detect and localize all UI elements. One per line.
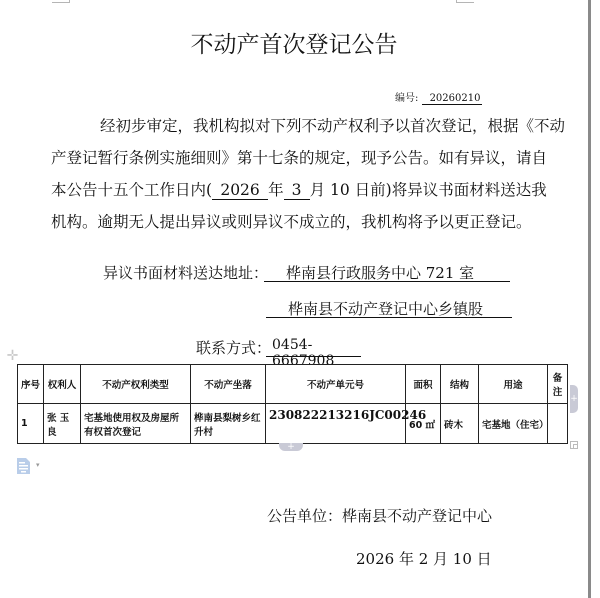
contact-label: 联系方式：: [196, 337, 271, 358]
cell-right-type[interactable]: 宅基地使用权及房屋所有权首次登记: [81, 404, 191, 444]
body-line-deadline: 本公告十五个工作日内(2026年3月 10 日前)将异议书面材料送达我: [51, 174, 530, 206]
header-unit-no: 不动产单元号: [266, 365, 406, 404]
cell-structure[interactable]: 砖木: [441, 404, 479, 444]
announcement-body: 经初步审定，我机构拟对下列不动产权利予以首次登记，根据《不动 产登记暂行条例实施…: [70, 110, 530, 238]
cell-holder[interactable]: 张 玉 良: [44, 404, 81, 444]
issuer: 公告单位：桦南县不动产登记中心: [267, 505, 492, 526]
header-right-type: 不动产权利类型: [81, 365, 191, 404]
add-row-button[interactable]: +: [279, 443, 303, 451]
cell-seq[interactable]: 1: [18, 404, 44, 444]
header-area: 面积: [406, 365, 441, 404]
document-number: 编号: 20260210: [395, 89, 482, 105]
page-right-edge: [588, 0, 600, 598]
body-line: 经初步审定，我机构拟对下列不动产权利予以首次登记，根据《不动: [70, 110, 530, 142]
deadline-year: 2026: [212, 181, 268, 200]
document-number-value: 20260210: [422, 93, 483, 105]
body-line: 机构。逾期无人提出异议或则异议不成立的，我机构将予以更正登记。: [51, 206, 530, 238]
document-title: 不动产首次登记公告: [0, 26, 588, 59]
deadline-month: 3: [284, 181, 310, 200]
objection-address-label: 异议书面材料送达地址：: [103, 262, 268, 283]
table-row: 1 张 玉 良 宅基地使用权及房屋所有权首次登记 桦南县梨树乡红升村 23082…: [18, 404, 568, 444]
resize-handle-icon[interactable]: [570, 441, 578, 449]
table-header-row: 序号 权利人 不动产权利类型 不动产坐落 不动产单元号 面积 结构 用途 备注: [18, 365, 568, 404]
paste-options-dropdown[interactable]: ▾: [36, 461, 40, 469]
plus-icon: +: [570, 394, 578, 404]
header-structure: 结构: [441, 365, 479, 404]
cell-location[interactable]: 桦南县梨树乡红升村: [191, 404, 266, 444]
header-remark: 备注: [548, 365, 568, 404]
objection-address-1: 桦南县行政服务中心 721 室: [264, 262, 510, 282]
page-corner-mark: [52, 0, 70, 3]
header-seq: 序号: [18, 365, 44, 404]
cell-unit-no[interactable]: 230822213216JC00246: [266, 404, 406, 444]
document-page: 不动产首次登记公告 编号: 20260210 经初步审定，我机构拟对下列不动产权…: [0, 0, 588, 598]
header-location: 不动产坐落: [191, 365, 266, 404]
document-number-label: 编号:: [395, 93, 418, 104]
issuer-label: 公告单位：: [267, 507, 342, 525]
registration-table: 序号 权利人 不动产权利类型 不动产坐落 不动产单元号 面积 结构 用途 备注 …: [17, 364, 568, 444]
issue-date: 2026 年 2 月 10 日: [356, 548, 492, 569]
body-line: 产登记暂行条例实施细则》第十七条的规定，现予公告。如有异议，请自: [51, 142, 530, 174]
page-corner-mark: [456, 0, 474, 3]
issuer-name: 桦南县不动产登记中心: [342, 507, 492, 525]
clipboard-paste-icon[interactable]: [17, 458, 30, 474]
contact-phone: 0454-6667908: [266, 337, 361, 357]
objection-address-2: 桦南县不动产登记中心乡镇股: [266, 298, 512, 318]
move-cross-icon[interactable]: ✛: [6, 350, 19, 363]
plus-icon: +: [287, 442, 295, 452]
header-usage: 用途: [479, 365, 548, 404]
cell-remark[interactable]: [548, 404, 568, 444]
add-column-button[interactable]: +: [570, 385, 578, 413]
cell-usage[interactable]: 宅基地（住宅）: [479, 404, 548, 444]
header-holder: 权利人: [44, 365, 81, 404]
